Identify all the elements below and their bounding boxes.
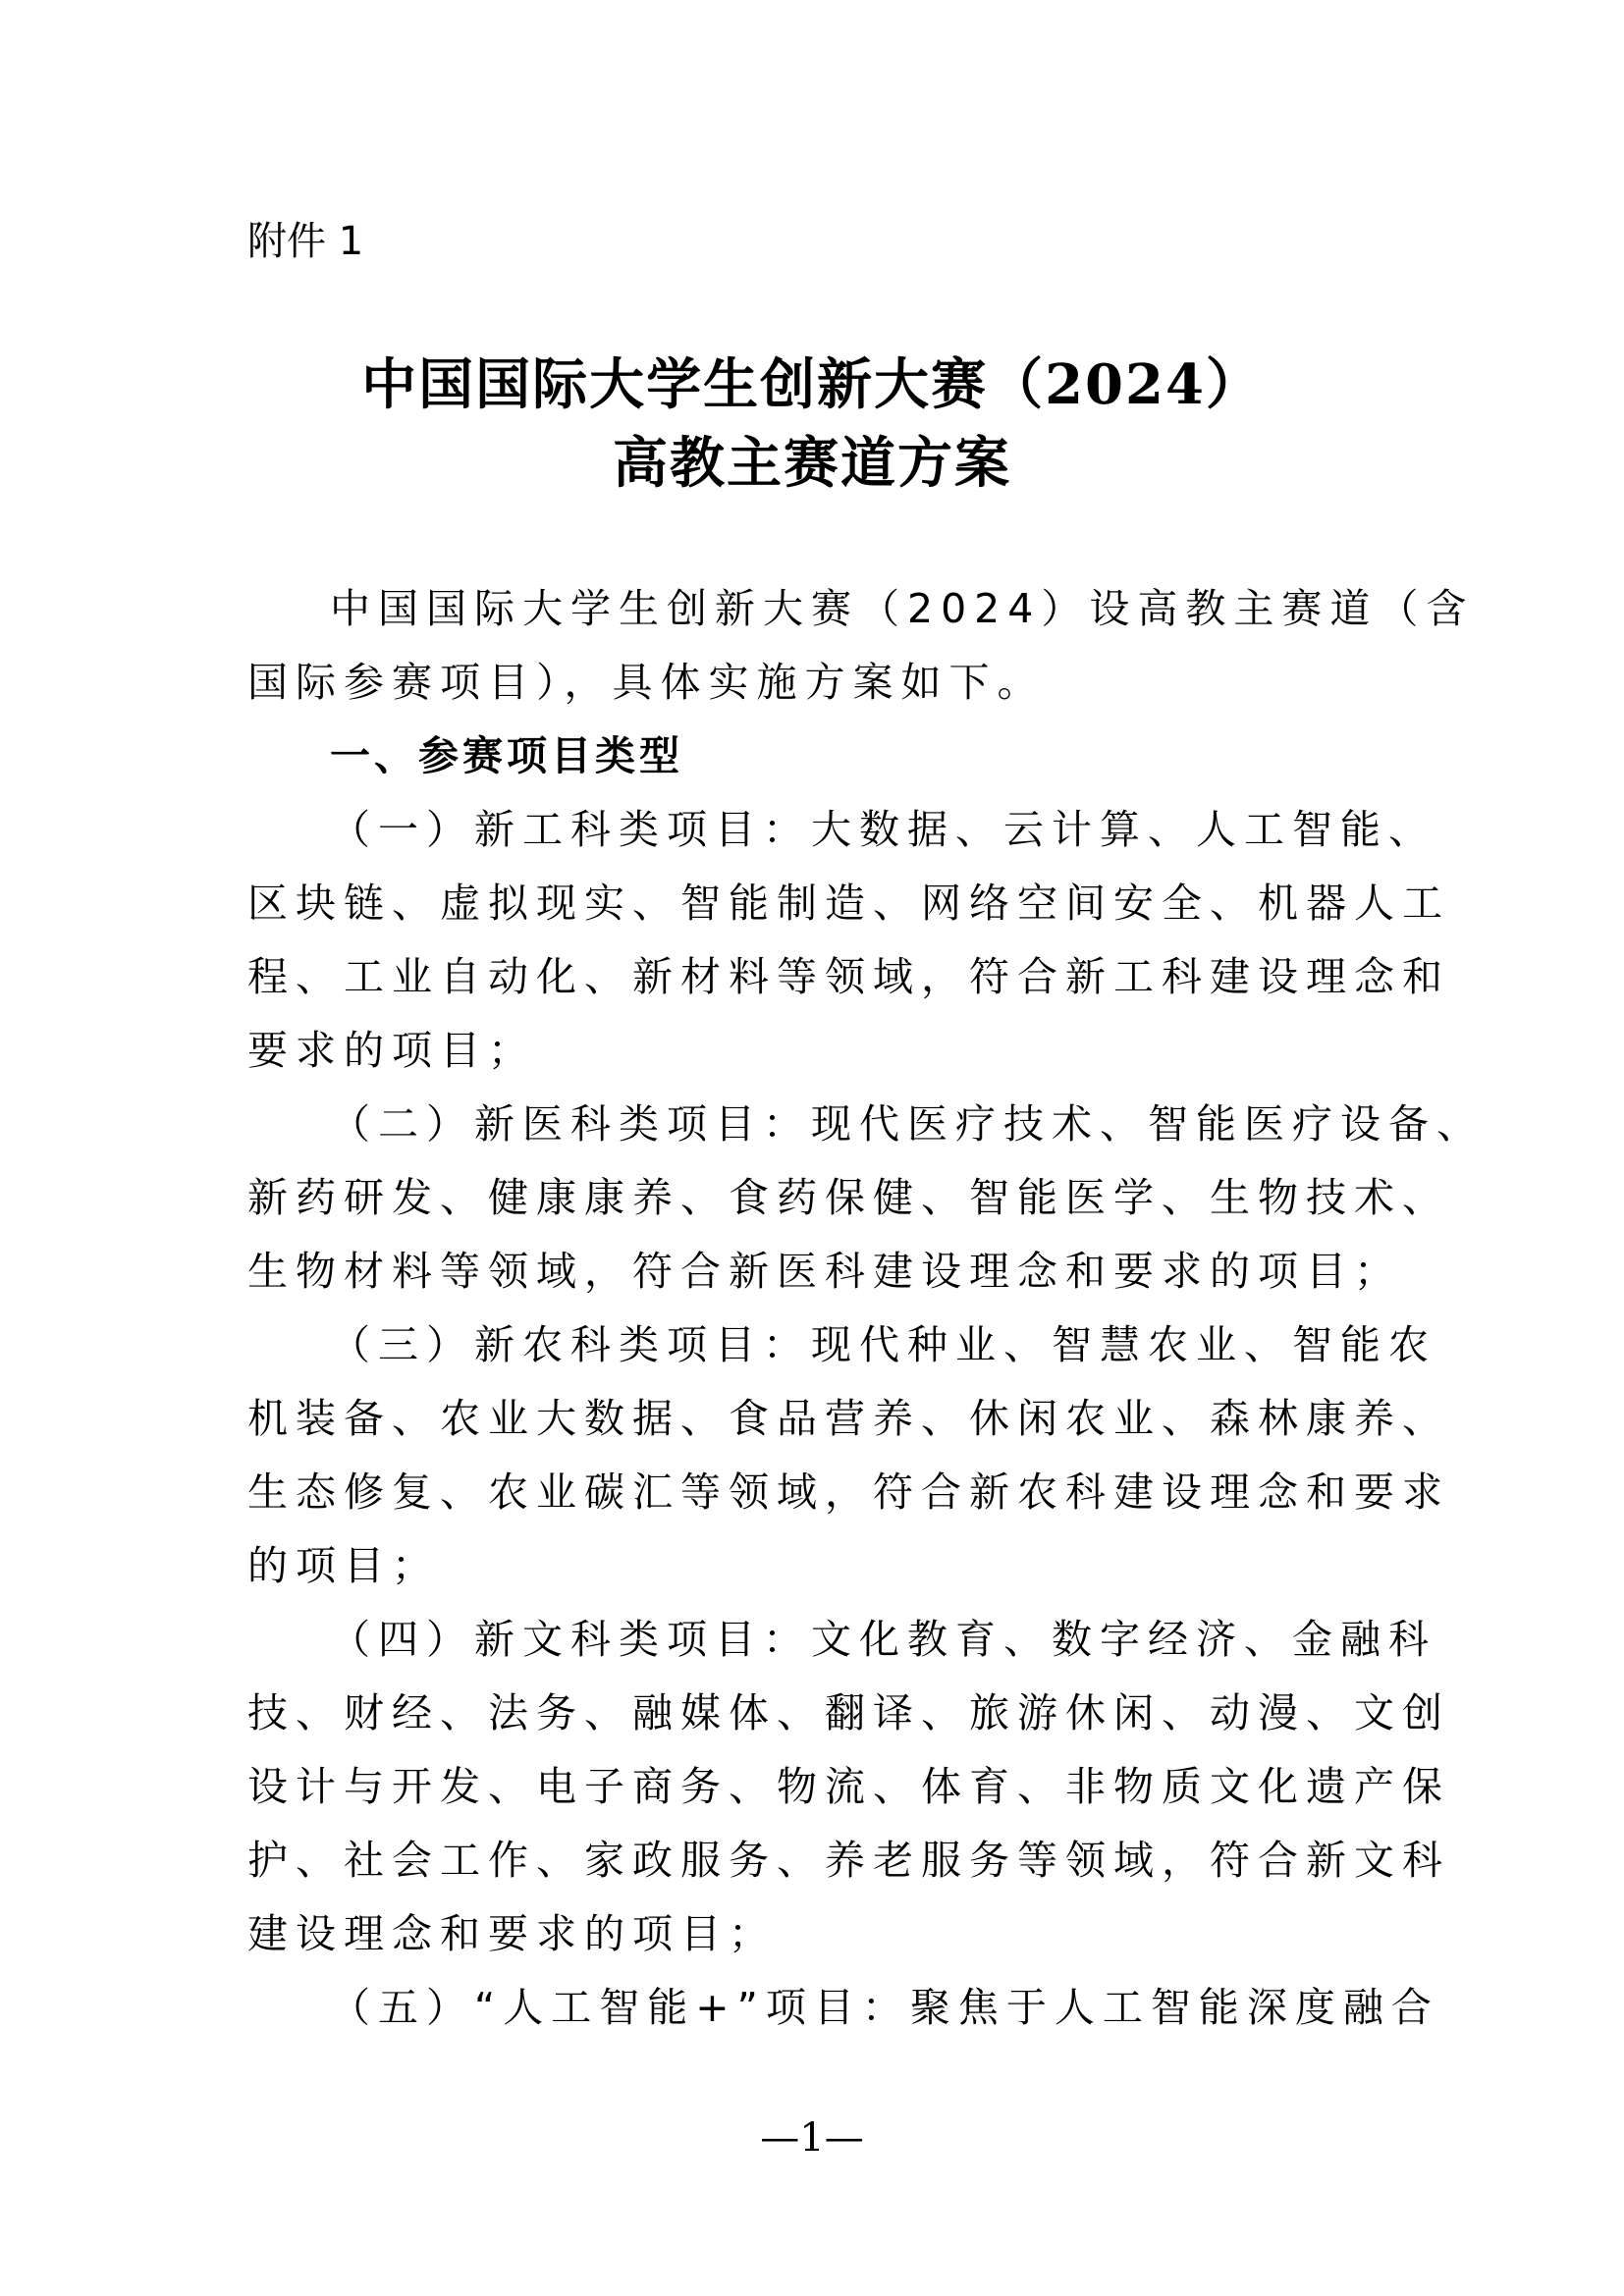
section-heading-1: 一、参赛项目类型 xyxy=(330,726,1469,785)
item-1-line-4: 要求的项目； xyxy=(247,1021,1386,1080)
intro-paragraph-line-1: 中国国际大学生创新大赛（2024）设高教主赛道（含 xyxy=(330,579,1469,638)
item-4-line-2: 技、财经、法务、融媒体、翻译、旅游休闲、动漫、文创 xyxy=(247,1683,1386,1742)
intro-paragraph-line-2: 国际参赛项目），具体实施方案如下。 xyxy=(247,653,1386,712)
document-page: 附件 1 中国国际大学生创新大赛（2024） 高教主赛道方案 中国国际大学生创新… xyxy=(0,0,1624,2296)
item-2-line-2: 新药研发、健康康养、食药保健、智能医学、生物技术、 xyxy=(247,1168,1386,1227)
item-2-line-1: （二）新医科类项目：现代医疗技术、智能医疗设备、 xyxy=(330,1095,1469,1153)
page-number: —1— xyxy=(0,2110,1624,2165)
item-4-line-4: 护、社会工作、家政服务、养老服务等领域，符合新文科 xyxy=(247,1831,1386,1890)
item-1-line-3: 程、工业自动化、新材料等领域，符合新工科建设理念和 xyxy=(247,947,1386,1006)
item-4-line-5: 建设理念和要求的项目； xyxy=(247,1904,1386,1963)
item-3-line-3: 生态修复、农业碳汇等领域，符合新农科建设理念和要求 xyxy=(247,1463,1386,1522)
document-title-line-1: 中国国际大学生创新大赛（2024） xyxy=(0,346,1624,424)
item-4-line-3: 设计与开发、电子商务、物流、体育、非物质文化遗产保 xyxy=(247,1757,1386,1816)
item-3-line-1: （三）新农科类项目：现代种业、智慧农业、智能农 xyxy=(330,1315,1469,1374)
item-4-line-1: （四）新文科类项目：文化教育、数字经济、金融科 xyxy=(330,1610,1469,1669)
attachment-label: 附件 1 xyxy=(247,214,363,269)
document-title-line-2: 高教主赛道方案 xyxy=(0,424,1624,503)
item-2-line-3: 生物材料等领域，符合新医科建设理念和要求的项目； xyxy=(247,1242,1386,1301)
item-5-line-1: （五）“人工智能+”项目：聚焦于人工智能深度融合 xyxy=(330,1978,1469,2037)
item-1-line-1: （一）新工科类项目：大数据、云计算、人工智能、 xyxy=(330,800,1469,859)
item-3-line-4: 的项目； xyxy=(247,1536,1386,1595)
item-1-line-2: 区块链、虚拟现实、智能制造、网络空间安全、机器人工 xyxy=(247,874,1386,933)
item-3-line-2: 机装备、农业大数据、食品营养、休闲农业、森林康养、 xyxy=(247,1389,1386,1448)
